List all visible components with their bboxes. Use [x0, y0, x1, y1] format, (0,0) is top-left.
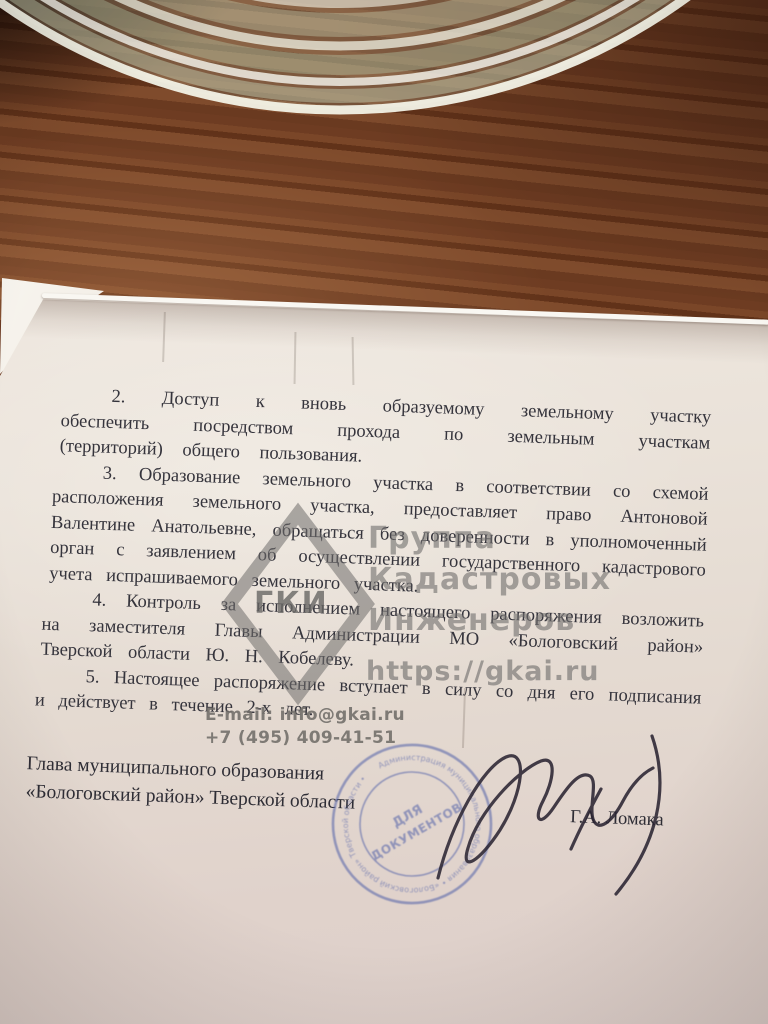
signature-stroke-tail — [616, 736, 660, 894]
signature-stroke-flick — [571, 789, 601, 849]
signature-ink — [0, 0, 768, 1024]
signature-stroke-main — [438, 756, 653, 878]
photo-scene: 2. Доступ к вновь образуемому земельному… — [0, 0, 768, 1024]
